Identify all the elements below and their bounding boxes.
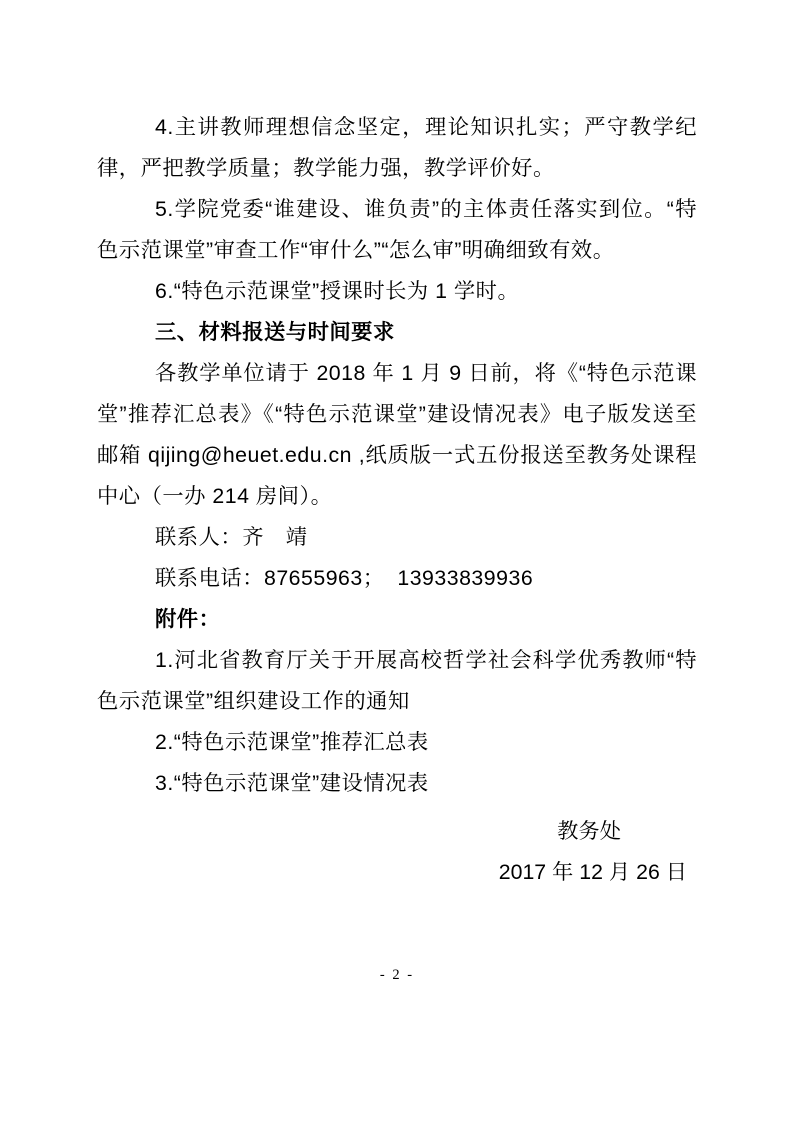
- attachment-item-3: 3.“特色示范课堂”建设情况表: [97, 763, 697, 804]
- paragraph-contact-phone: 联系电话：87655963； 13933839936: [97, 558, 697, 599]
- paragraph-submission: 各教学单位请于 2018 年 1 月 9 日前，将《“特色示范课堂”推荐汇总表》…: [97, 353, 697, 517]
- page-footer: - 2 -: [0, 965, 794, 985]
- attachment-item-1: 1.河北省教育厅关于开展高校哲学社会科学优秀教师“特色示范课堂”组织建设工作的通…: [97, 640, 697, 722]
- page-number: - 2 -: [380, 967, 414, 983]
- signature-date: 2017 年 12 月 26 日: [97, 852, 687, 893]
- section-heading-materials: 三、材料报送与时间要求: [97, 312, 697, 353]
- document-body: 4.主讲教师理想信念坚定，理论知识扎实；严守教学纪律，严把教学质量；教学能力强，…: [97, 107, 697, 893]
- paragraph-item-6: 6.“特色示范课堂”授课时长为 1 学时。: [97, 271, 697, 312]
- paragraph-item-4: 4.主讲教师理想信念坚定，理论知识扎实；严守教学纪律，严把教学质量；教学能力强，…: [97, 107, 697, 189]
- signature-department: 教务处: [97, 811, 687, 852]
- document-page: 4.主讲教师理想信念坚定，理论知识扎实；严守教学纪律，严把教学质量；教学能力强，…: [0, 0, 794, 1123]
- paragraph-item-5: 5.学院党委“谁建设、谁负责”的主体责任落实到位。“特色示范课堂”审查工作“审什…: [97, 189, 697, 271]
- attachment-item-2: 2.“特色示范课堂”推荐汇总表: [97, 722, 697, 763]
- signature-block: 教务处 2017 年 12 月 26 日: [97, 811, 687, 893]
- paragraph-contact-person: 联系人：齐 靖: [97, 517, 697, 558]
- attachments-heading: 附件：: [97, 599, 697, 640]
